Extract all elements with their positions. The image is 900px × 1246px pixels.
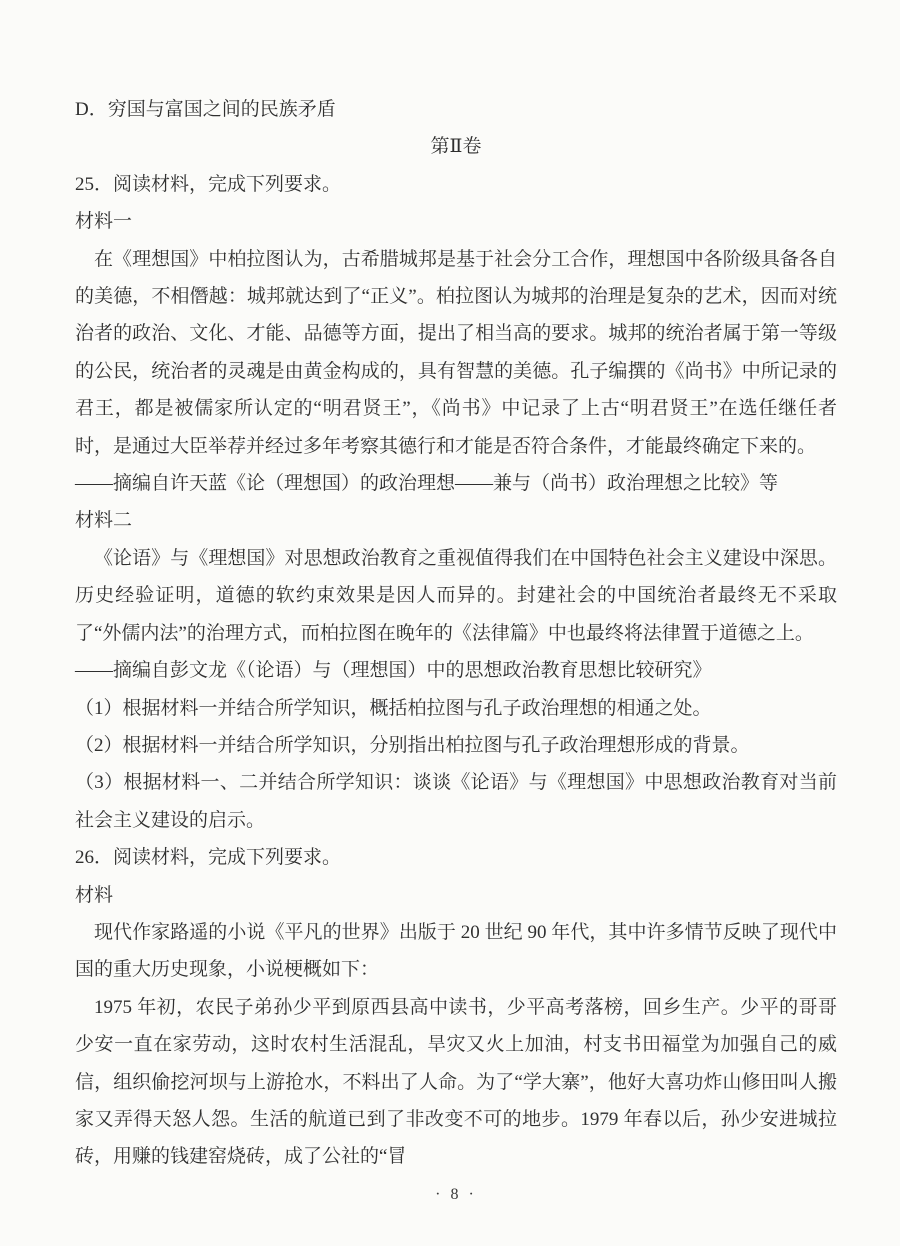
material-2-text: 《论语》与《理想国》对思想政治教育之重视值得我们在中国特色社会主义建设中深思。历…: [75, 540, 837, 652]
section-heading: 第Ⅱ卷: [75, 128, 837, 165]
question-25-sub-3: （3）根据材料一、二并结合所学知识：谈谈《论语》与《理想国》中思想政治教育对当前…: [75, 764, 837, 839]
question-25-stem: 25．阅读材料，完成下列要求。: [75, 166, 837, 203]
page-number: · 8 ·: [75, 1176, 837, 1213]
material-1-label: 材料一: [75, 203, 837, 240]
material-1-text: 在《理想国》中柏拉图认为，古希腊城邦是基于社会分工合作，理想国中各阶级具备各自的…: [75, 241, 837, 465]
material-2-label: 材料二: [75, 502, 837, 539]
material-label: 材料: [75, 877, 837, 914]
exam-paper-page: D．穷国与富国之间的民族矛盾 第Ⅱ卷 25．阅读材料，完成下列要求。 材料一 在…: [0, 0, 900, 1246]
material-story-text: 1975 年初，农民子弟孙少平到原西县高中读书，少平高考落榜，回乡生产。少平的哥…: [75, 989, 837, 1176]
question-25-sub-2: （2）根据材料一并结合所学知识，分别指出柏拉图与孔子政治理想形成的背景。: [75, 727, 837, 764]
material-1-source: ——摘编自许天蓝《论（理想国）的政治理想——兼与（尚书）政治理想之比较》等: [75, 465, 837, 502]
option-d: D．穷国与富国之间的民族矛盾: [75, 91, 837, 128]
material-intro-text: 现代作家路遥的小说《平凡的世界》出版于 20 世纪 90 年代，其中许多情节反映…: [75, 914, 837, 989]
question-26-stem: 26．阅读材料，完成下列要求。: [75, 839, 837, 876]
material-2-source: ——摘编自彭文龙《（论语）与（理想国）中的思想政治教育思想比较研究》: [75, 652, 837, 689]
question-25-sub-1: （1）根据材料一并结合所学知识，概括柏拉图与孔子政治理想的相通之处。: [75, 690, 837, 727]
